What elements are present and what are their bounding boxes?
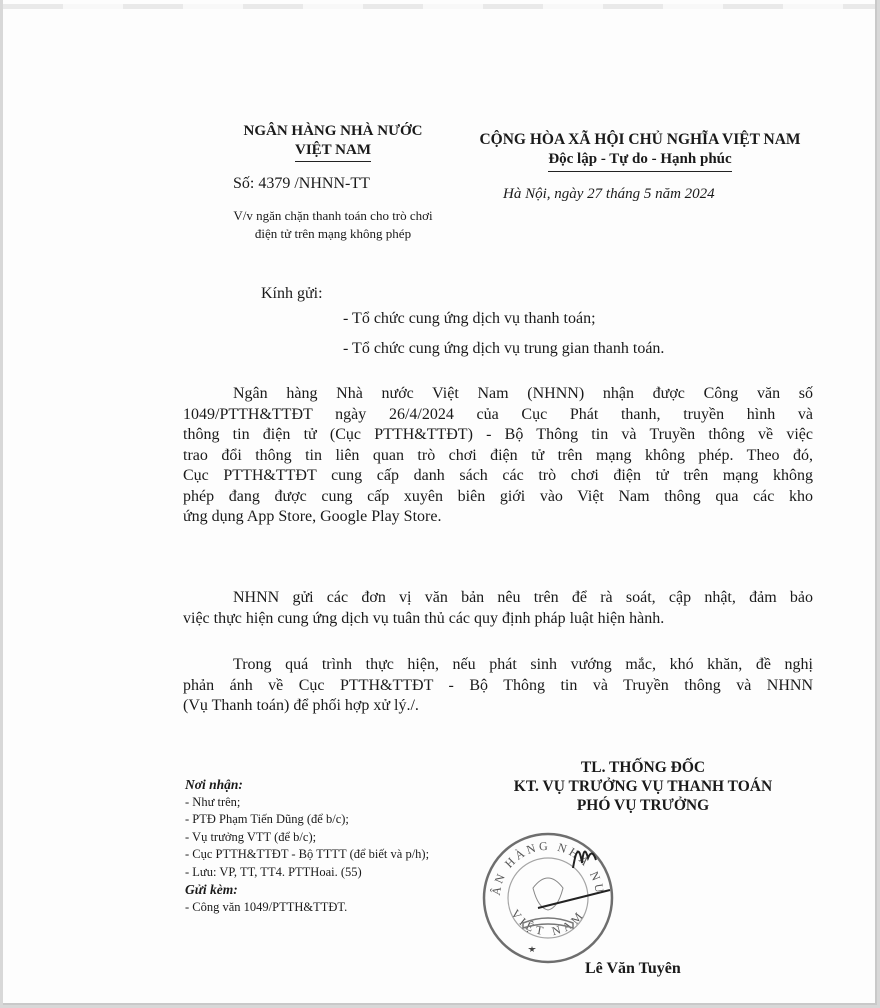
receiver-item: - Vụ trưởng VTT (để b/c); <box>185 829 429 847</box>
org-name-line2: VIỆT NAM <box>295 141 371 162</box>
document-number: Số: 4379 /NHNN-TT <box>233 175 370 193</box>
text-line: trao đổi thông tin liên quan trò chơi đi… <box>183 446 813 467</box>
text-line: ứng dụng App Store, Google Play Store. <box>183 507 813 528</box>
attachment-heading: Gửi kèm: <box>185 881 429 899</box>
signature-line1: TL. THỐNG ĐỐC <box>473 758 813 777</box>
national-motto: Độc lập - Tự do - Hạnh phúc <box>548 150 731 172</box>
body-paragraph-3: Trong quá trình thực hiện, nếu phát sinh… <box>183 655 813 717</box>
receiver-item: - PTĐ Phạm Tiến Dũng (để b/c); <box>185 811 429 829</box>
receivers-block: Nơi nhận: - Như trên; - PTĐ Phạm Tiến Dũ… <box>185 776 429 916</box>
signature-line3: PHÓ VỤ TRƯỞNG <box>473 796 813 815</box>
receivers-heading: Nơi nhận: <box>185 776 429 794</box>
national-header: CỘNG HÒA XÃ HỘI CHỦ NGHĨA VIỆT NAM Độc l… <box>465 130 815 172</box>
text-line: Ngân hàng Nhà nước Việt Nam (NHNN) nhận … <box>183 384 813 405</box>
signature-line2: KT. VỤ TRƯỞNG VỤ THANH TOÁN <box>473 777 813 796</box>
text-line: 1049/PTTH&TTĐT ngày 26/4/2024 của Cục Ph… <box>183 405 813 426</box>
svg-text:NGÂN HÀNG NHÀ NƯỚC: NGÂN HÀNG NHÀ NƯỚC <box>478 828 607 897</box>
text-line: (Vụ Thanh toán) để phối hợp xử lý./. <box>183 696 813 717</box>
issuing-organization: NGÂN HÀNG NHÀ NƯỚC VIỆT NAM <box>203 122 463 162</box>
text-line: NHNN gửi các đơn vị văn bản nêu trên để … <box>183 588 813 609</box>
text-line: Trong quá trình thực hiện, nếu phát sinh… <box>183 655 813 676</box>
nation-name: CỘNG HÒA XÃ HỘI CHỦ NGHĨA VIỆT NAM <box>465 130 815 149</box>
document-date: Hà Nội, ngày 27 tháng 5 năm 2024 <box>503 186 715 203</box>
svg-text:VIỆT NAM: VIỆT NAM <box>508 907 588 939</box>
body-paragraph-1: Ngân hàng Nhà nước Việt Nam (NHNN) nhận … <box>183 384 813 528</box>
receiver-item: - Cục PTTH&TTĐT - Bộ TTTT (để biết và p/… <box>185 846 429 864</box>
receiver-item: - Như trên; <box>185 794 429 812</box>
text-line: việc thực hiện cung ứng dịch vụ tuân thủ… <box>183 609 813 630</box>
text-line: Cục PTTH&TTĐT cung cấp danh sách các trò… <box>183 466 813 487</box>
body-paragraph-2: NHNN gửi các đơn vị văn bản nêu trên để … <box>183 588 813 629</box>
receiver-item: - Lưu: VP, TT, TT4. PTTHoai. (55) <box>185 864 429 882</box>
scan-artifact <box>3 4 875 9</box>
subject-line2: điện tử trên mạng không phép <box>193 225 473 243</box>
signer-name: Lê Văn Tuyên <box>585 960 681 978</box>
salutation: Kính gửi: <box>261 285 323 303</box>
recipient-item: - Tổ chức cung ứng dịch vụ trung gian th… <box>343 340 664 358</box>
text-line: thông tin điện tử (Cục PTTH&TTĐT) - Bộ T… <box>183 425 813 446</box>
text-line: phép đang được cung cấp xuyên biên giới … <box>183 487 813 508</box>
text-line: phản ánh về Cục PTTH&TTĐT - Bộ Thông tin… <box>183 676 813 697</box>
recipient-item: - Tổ chức cung ứng dịch vụ thanh toán; <box>343 310 596 328</box>
official-seal-icon: NGÂN HÀNG NHÀ NƯỚC VIỆT NAM <box>478 828 618 968</box>
document-page: NGÂN HÀNG NHÀ NƯỚC VIỆT NAM Số: 4379 /NH… <box>3 0 877 1005</box>
signature-title: TL. THỐNG ĐỐC KT. VỤ TRƯỞNG VỤ THANH TOÁ… <box>473 758 813 815</box>
document-subject: V/v ngăn chặn thanh toán cho trò chơi đi… <box>193 207 473 243</box>
org-name-line1: NGÂN HÀNG NHÀ NƯỚC <box>203 122 463 141</box>
attachment-item: - Công văn 1049/PTTH&TTĐT. <box>185 899 429 917</box>
subject-line1: V/v ngăn chặn thanh toán cho trò chơi <box>193 207 473 225</box>
